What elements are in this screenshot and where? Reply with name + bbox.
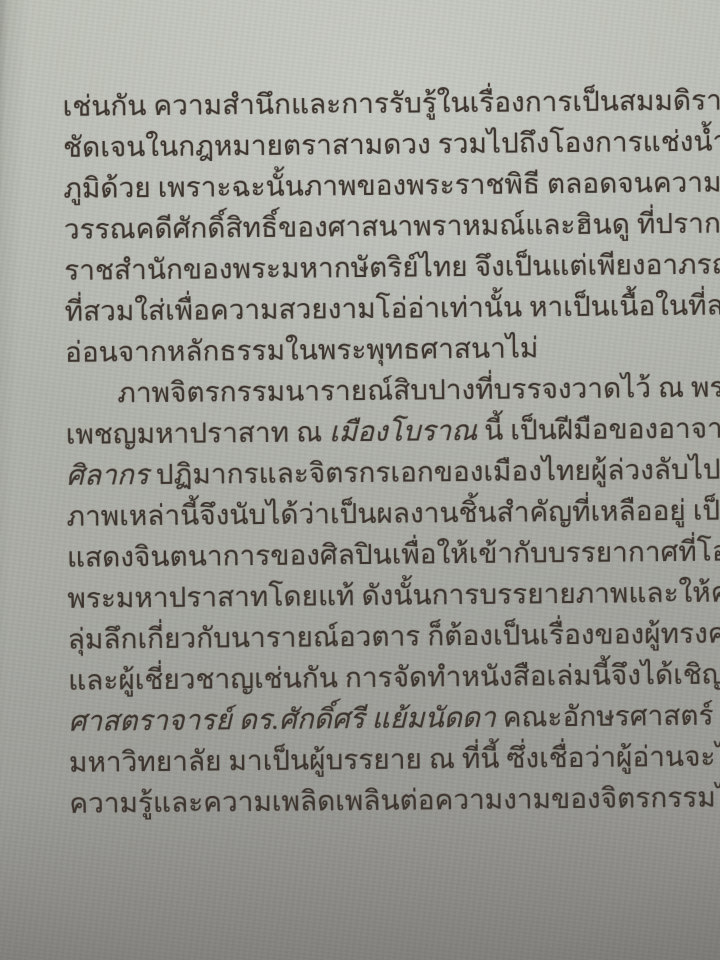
text-segment: ภาพเหล่านี้จึงนับได้ว่าเป็นผลงานชิ้นสำคั…	[66, 495, 720, 533]
text-line: ลุ่มลึกเกี่ยวกับนารายณ์อวตาร ก็ต้องเป็นเ…	[68, 614, 662, 661]
text-line: ภาพจิตรกรรมนารายณ์สิบปางที่บรรจงวาดไว้ ณ…	[65, 368, 659, 415]
page-text: เช่นกัน ความสำนึกและการรับรู้ในเรื่องการ…	[62, 81, 663, 825]
text-segment: ชัดเจนในกฎหมายตราสามดวง รวมไปถึงโองการแช…	[63, 125, 720, 163]
text-segment: มหาวิทยาลัย มาเป็นผู้บรรยาย ณ ที่นี้ ซึ่…	[69, 741, 720, 779]
text-segment: ความรู้และความเพลิดเพลินต่อความงามของจิต…	[69, 781, 720, 820]
text-segment: ปฏิมากรและจิตรกรเอกของเมืองไทยผู้ล่วงลับ…	[149, 454, 720, 491]
text-line: ภูมิด้วย เพราะฉะนั้นภาพของพระราชพิธี ตลอ…	[63, 163, 657, 210]
text-segment: วรรณคดีศักดิ์สิทธิ์ของศาสนาพราหมณ์และฮิน…	[64, 208, 720, 246]
text-segment-italic: เมืองโบราณ	[329, 416, 477, 448]
text-segment: แสดงจินตนาการของศิลปินเพื่อให้เข้ากับบรร…	[67, 536, 720, 574]
text-segment: เช่นกัน ความสำนึกและการรับรู้ในเรื่องการ…	[63, 84, 720, 123]
text-line: และผู้เชี่ยวชาญเช่นกัน การจัดทำหนังสือเล…	[68, 655, 662, 702]
text-segment: ราชสำนักของพระมหากษัตริย์ไทย จึงเป็นแต่เ…	[64, 248, 720, 286]
text-line: วรรณคดีศักดิ์สิทธิ์ของศาสนาพราหมณ์และฮิน…	[64, 204, 658, 251]
text-segment-italic: ศิลากร	[66, 460, 149, 492]
text-segment: เพชญมหาปราสาท ณ	[66, 417, 330, 451]
text-line: ชัดเจนในกฎหมายตราสามดวง รวมไปถึงโองการแช…	[63, 122, 657, 169]
text-line: ศาสตราจารย์ ดร.ศักดิ์ศรี แย้มนัดดา คณะอั…	[68, 696, 662, 743]
text-line: เช่นกัน ความสำนึกและการรับรู้ในเรื่องการ…	[62, 81, 656, 128]
text-segment: อ่อนจากหลักธรรมในพระพุทธศาสนาไม่	[65, 333, 539, 369]
text-line: ภาพเหล่านี้จึงนับได้ว่าเป็นผลงานชิ้นสำคั…	[66, 491, 660, 538]
text-segment: พระมหาปราสาทโดยแท้ ดังนั้นการบรรยายภาพแล…	[67, 577, 720, 615]
text-segment: ลุ่มลึกเกี่ยวกับนารายณ์อวตาร ก็ต้องเป็นเ…	[68, 618, 720, 656]
text-line: แสดงจินตนาการของศิลปินเพื่อให้เข้ากับบรร…	[67, 532, 661, 579]
text-line: มหาวิทยาลัย มาเป็นผู้บรรยาย ณ ที่นี้ ซึ่…	[69, 737, 663, 784]
text-segment: ภูมิด้วย เพราะฉะนั้นภาพของพระราชพิธี ตลอ…	[63, 167, 720, 205]
text-line: ที่สวมใส่เพื่อความสวยงามโอ่อ่าเท่านั้น ห…	[64, 286, 658, 333]
text-line: ราชสำนักของพระมหากษัตริย์ไทย จึงเป็นแต่เ…	[64, 245, 658, 292]
text-line: พระมหาปราสาทโดยแท้ ดังนั้นการบรรยายภาพแล…	[67, 573, 661, 620]
text-segment: ที่สวมใส่เพื่อความสวยงามโอ่อ่าเท่านั้น ห…	[64, 290, 720, 328]
text-segment: และผู้เชี่ยวชาญเช่นกัน การจัดทำหนังสือเล…	[68, 659, 720, 696]
text-line: ศิลากร ปฏิมากรและจิตรกรเอกของเมืองไทยผู้…	[66, 450, 660, 497]
text-line: ความรู้และความเพลิดเพลินต่อความงามของจิต…	[69, 778, 663, 825]
text-segment: นี้ เป็นฝีมือของอาจารย์	[477, 413, 720, 447]
text-line: เพชญมหาปราสาท ณ เมืองโบราณ นี้ เป็นฝีมือ…	[66, 409, 660, 456]
text-segment: คณะอักษรศาสตร์ จุฬาลงกรณ์-	[496, 699, 720, 734]
text-segment: ภาพจิตรกรรมนารายณ์สิบปางที่บรรจงวาดไว้ ณ…	[117, 371, 720, 409]
text-line: อ่อนจากหลักธรรมในพระพุทธศาสนาไม่	[65, 327, 659, 374]
book-page-photo: เช่นกัน ความสำนึกและการรับรู้ในเรื่องการ…	[0, 0, 720, 960]
text-segment-italic: ศาสตราจารย์ ดร.ศักดิ์ศรี แย้มนัดดา	[68, 703, 495, 738]
